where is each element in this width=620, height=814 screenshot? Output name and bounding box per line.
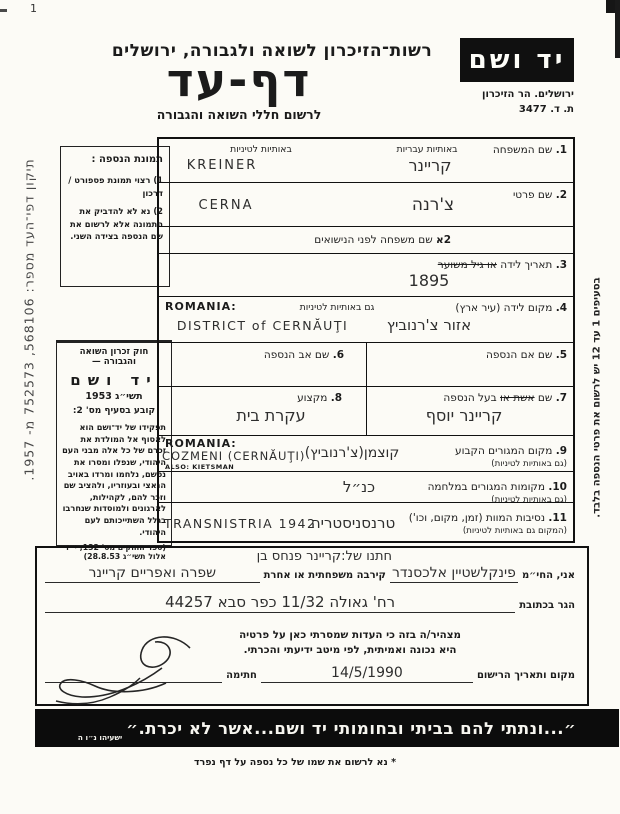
field-label: 3. תאריך לידה או גיל משוער xyxy=(438,259,567,271)
row-spouse-profession: 7. שם אשת או בעל הנספה קריינר יוסף 8. מק… xyxy=(159,387,573,436)
declaration-line-name: אני, החי״מ פינקלשטיין אלכסנדר קירבה משפח… xyxy=(45,565,579,583)
address-label: הגר בכתובת xyxy=(515,600,579,613)
law-year: תשי״ג 1953 xyxy=(62,391,166,402)
family-name-latin-value: KREINER xyxy=(171,158,273,173)
logo-address-block: ירושלים. הר הזיכרון ת. ד. 3477 xyxy=(450,87,574,117)
residence-also-note: ALSO: KIETSMAN xyxy=(165,463,234,471)
cell-mother-name: 5. שם אם הנספה xyxy=(366,343,573,386)
declaration-statement: מצהיר/ה בזה כי העדות שמסרתי כאן על פרטיה… xyxy=(215,628,485,659)
statement-line-2: היא נכונה ואמיתית, לפי מיטב ידיעתי והכרת… xyxy=(215,643,485,658)
cell-spouse-name: 7. שם אשת או בעל הנספה קריינר יוסף xyxy=(366,387,573,435)
row-wartime-residence: 10. מקומות המגורים במלחמה(גם באותיות לטי… xyxy=(159,472,573,503)
page-corner-mark: 1 xyxy=(30,2,37,15)
field-label: 4. מקום לידה (עיר ארץ) xyxy=(455,302,567,314)
scan-artifact-left-mark xyxy=(0,9,7,12)
left-margin-handwritten-note: תיקון דפי־העד מספר: 568106, 752573 מ- 19… xyxy=(22,110,37,530)
row-family-name: 1. שם המשפחה באותיות עבריות באותיות לטינ… xyxy=(159,139,573,183)
statement-line-1: מצהיר/ה בזה כי העדות שמסרתי כאן על פרטיה xyxy=(215,628,485,643)
yad-vashem-logo: יד ושם xyxy=(460,38,574,82)
undersigned-label: אני, החי״מ xyxy=(518,570,579,583)
law-clause: קובע בסעיף מס' 2: xyxy=(62,406,166,416)
sublabel-latin-letters: באותיות לטיניות xyxy=(217,144,305,155)
law-heading: חוק זכרון השואה והגבורה — xyxy=(62,347,166,367)
birth-place-latin-value: DISTRICT of CERNĂUŢI xyxy=(165,318,360,333)
signature-label: חתימה xyxy=(222,670,261,683)
relation-value: שפרה ואפריים קריינר xyxy=(45,565,260,583)
family-name-hebrew-value: קריינר xyxy=(384,156,476,175)
field-label: 9. מקום המגורים הקבוע(גם באותיות לטיניות… xyxy=(455,439,567,469)
footnote-bullet: * xyxy=(391,757,396,768)
death-place-latin-value: TRANSNISTRIA 1942 xyxy=(164,516,316,531)
row-birth-date: 3. תאריך לידה או גיל משוער 1895 xyxy=(159,254,573,297)
birth-year-value: 1895 xyxy=(389,271,469,290)
submitter-name-value: פינקלשטיין אלכסנדר xyxy=(390,565,518,583)
sublabel-also-latin: גם באותיות לטיניות xyxy=(292,302,382,313)
cell-father-name: 6. שם אב הנספה xyxy=(159,343,366,386)
row-birth-place: 4. מקום לידה (עיר ארץ) גם באותיות לטיניו… xyxy=(159,297,573,343)
logo-address: ירושלים. הר הזיכרון xyxy=(450,87,574,102)
photo-box-item-2: 2) נא לא להדביק את התמונה אלא לרשום את ש… xyxy=(67,205,163,243)
photo-box-item-1: 1) רצוי תמונת פספורט / דרכון xyxy=(67,174,163,199)
law-name: יד ושם xyxy=(62,371,166,389)
quote-banner: ״...ונתתי להם בביתי ובחומותי יד ושם...אש… xyxy=(35,709,619,747)
scan-artifact-edge-line xyxy=(615,0,620,58)
field-label: 2. שם פרטי xyxy=(513,189,567,201)
field-label: 10. מקומות המגורים במלחמה(גם באותיות לטי… xyxy=(428,475,567,505)
field-label: 7. שם אשת או בעל הנספה xyxy=(443,392,567,404)
row-permanent-residence: 9. מקום המגורים הקבוע(גם באותיות לטיניות… xyxy=(159,436,573,472)
field-label: 2א שם משפחה לפני הנישואים xyxy=(314,234,451,246)
law-body: תפקידו של יד־ושם הוא לאסוף אל המולדת את … xyxy=(62,422,166,538)
cell-profession: 8. מקצוע עקרת בית xyxy=(159,387,366,435)
first-name-latin-value: CERNA xyxy=(177,198,275,213)
profession-value: עקרת בית xyxy=(221,406,321,425)
residence-latin-value: COZMENI (CERNĂUŢI) xyxy=(162,449,305,463)
spouse-name-value: קריינר יוסף xyxy=(409,406,519,425)
signature-scribble xyxy=(50,628,200,706)
address-value: רח' גאולה 11/32 כפר סבא 44257 xyxy=(45,593,515,613)
banner-citation: ישעיהו נ״ו ה xyxy=(78,733,123,742)
declaration-line-address: הגר בכתובת רח' גאולה 11/32 כפר סבא 44257 xyxy=(45,593,579,613)
footnote-text: נא לרשום את שמו של כל נספה על דף נפרד xyxy=(194,757,388,768)
banner-quote: ״...ונתתי להם בביתי ובחומותי יד ושם...אש… xyxy=(126,719,576,738)
wartime-residence-value: כנ״ל xyxy=(319,478,399,496)
row-death-circumstances: 11. נסיבות המוות (זמן, מקום, וכו')(המקום… xyxy=(159,503,573,542)
form-title: דף-עד xyxy=(148,56,330,104)
row-maiden-name: 2א שם משפחה לפני הנישואים xyxy=(159,227,573,254)
relation-label: קירבה משפחתית או אחרת xyxy=(260,570,390,583)
sublabel-hebrew-letters: באותיות עבריות xyxy=(387,144,467,155)
inserted-relation-note: חתנו של:קריינר פנחס בן xyxy=(257,549,392,564)
form-subtitle: לרשום חללי השואה והגבורה xyxy=(146,107,332,122)
first-name-hebrew-value: צ'רנה xyxy=(387,195,479,215)
page-of-testimony-scan: 1 תיקון דפי־העד מספר: 568106, 752573 מ- … xyxy=(0,0,620,814)
field-label: 1. שם המשפחה xyxy=(493,144,567,156)
field-label: 6. שם אב הנספה xyxy=(264,349,344,361)
memorial-law-box: חוק זכרון השואה והגבורה — יד ושם תשי״ג 1… xyxy=(56,340,172,548)
row-first-name: 2. שם פרטי צ'רנה CERNA xyxy=(159,183,573,227)
place-date-label: מקום ותאריך הרישום xyxy=(473,670,579,683)
photo-box-title: תמונת הנספה : xyxy=(67,154,163,165)
testimony-form-table: 1. שם המשפחה באותיות עבריות באותיות לטינ… xyxy=(157,137,575,543)
field-label: 5. שם אם הנספה xyxy=(486,349,567,361)
right-margin-instruction: בסעיפים 1 עד 12 יש לרשום את פרטי הנספה ב… xyxy=(592,248,603,548)
row-parents-names: 5. שם אם הנספה 6. שם אב הנספה xyxy=(159,343,573,387)
birth-place-hebrew-value: אזור צ'רנוביץ xyxy=(374,316,484,334)
romania-stamp: ROMANIA: xyxy=(165,300,237,313)
residence-hebrew-value: קוצמן(צ'רנוביץ) xyxy=(292,445,412,461)
registration-date-value: 14/5/1990 xyxy=(261,665,473,683)
field-label: 11. נסיבות המוות (זמן, מקום, וכו')(המקום… xyxy=(409,506,567,536)
footnote: * נא לרשום את שמו של כל נספה על דף נפרד xyxy=(145,757,445,768)
photo-instructions-box: תמונת הנספה : 1) רצוי תמונת פספורט / דרכ… xyxy=(60,146,170,287)
logo-pob: ת. ד. 3477 xyxy=(450,102,574,117)
field-label: 8. מקצוע xyxy=(297,392,342,404)
